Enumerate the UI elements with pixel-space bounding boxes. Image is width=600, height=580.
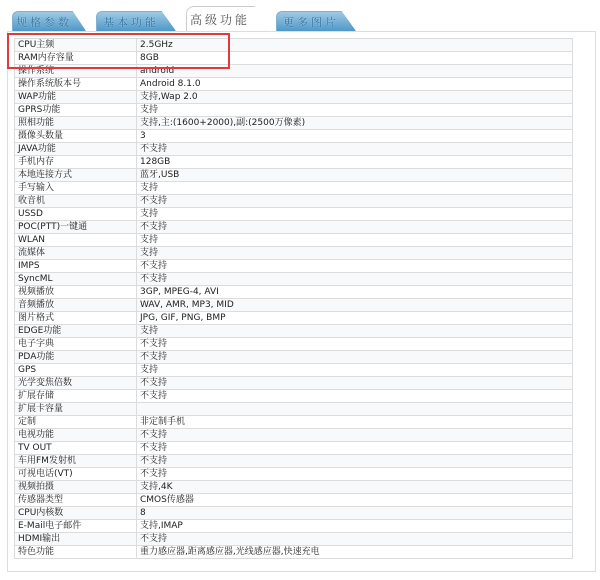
table-row: GPS支持 [15, 364, 573, 377]
tab-bar: 规格参数 基本功能 高级功能 更多图片 [0, 0, 600, 32]
spec-label: 可视电话(VT) [15, 468, 137, 481]
spec-label: GPRS功能 [15, 104, 137, 117]
spec-value: android [137, 65, 573, 78]
spec-value: JPG, GIF, PNG, BMP [137, 312, 573, 325]
table-row: TV OUT不支持 [15, 442, 573, 455]
spec-value: 不支持 [137, 195, 573, 208]
table-row: 图片格式JPG, GIF, PNG, BMP [15, 312, 573, 325]
spec-label: PDA功能 [15, 351, 137, 364]
table-row: 传感器类型CMOS传感器 [15, 494, 573, 507]
spec-label: 图片格式 [15, 312, 137, 325]
table-row: 手机内存128GB [15, 156, 573, 169]
table-row: 光学变焦倍数不支持 [15, 377, 573, 390]
spec-label: E-Mail电子邮件 [15, 520, 137, 533]
table-row: RAM内存容量8GB [15, 52, 573, 65]
spec-label: 车用FM发射机 [15, 455, 137, 468]
spec-value: 重力感应器,距离感应器,光线感应器,快速充电 [137, 546, 573, 559]
spec-label: RAM内存容量 [15, 52, 137, 65]
table-row: 操作系统版本号Android 8.1.0 [15, 78, 573, 91]
spec-value: 支持 [137, 104, 573, 117]
spec-value: 不支持 [137, 221, 573, 234]
spec-label: POC(PTT)一键通 [15, 221, 137, 234]
spec-value: 8GB [137, 52, 573, 65]
spec-value: 不支持 [137, 468, 573, 481]
spec-label: 定制 [15, 416, 137, 429]
tab-basic-functions[interactable]: 基本功能 [96, 11, 176, 31]
table-row: 视频播放3GP, MPEG-4, AVI [15, 286, 573, 299]
spec-label: CPU主频 [15, 39, 137, 52]
spec-label: 操作系统版本号 [15, 78, 137, 91]
table-row: 电子字典不支持 [15, 338, 573, 351]
table-row: WAP功能支持,Wap 2.0 [15, 91, 573, 104]
spec-value: 支持 [137, 325, 573, 338]
spec-value: 支持 [137, 234, 573, 247]
spec-label: 摄像头数量 [15, 130, 137, 143]
spec-value: 3 [137, 130, 573, 143]
spec-value: 支持 [137, 364, 573, 377]
spec-value: 支持 [137, 247, 573, 260]
table-row: 手写输入支持 [15, 182, 573, 195]
spec-value: 蓝牙,USB [137, 169, 573, 182]
table-row: POC(PTT)一键通不支持 [15, 221, 573, 234]
spec-label: EDGE功能 [15, 325, 137, 338]
spec-label: 收音机 [15, 195, 137, 208]
table-row: 车用FM发射机不支持 [15, 455, 573, 468]
table-row: 本地连接方式蓝牙,USB [15, 169, 573, 182]
spec-label: 扩展卡容量 [15, 403, 137, 416]
spec-value: 支持,IMAP [137, 520, 573, 533]
spec-label: WAP功能 [15, 91, 137, 104]
spec-value: 不支持 [137, 143, 573, 156]
table-row: CPU主频2.5GHz [15, 39, 573, 52]
spec-label: 电视功能 [15, 429, 137, 442]
spec-label: GPS [15, 364, 137, 377]
spec-label: 音频播放 [15, 299, 137, 312]
spec-value: 8 [137, 507, 573, 520]
spec-value: WAV, AMR, MP3, MID [137, 299, 573, 312]
spec-value [137, 403, 573, 416]
table-row: 摄像头数量3 [15, 130, 573, 143]
table-row: 定制非定制手机 [15, 416, 573, 429]
spec-label: 手机内存 [15, 156, 137, 169]
spec-label: 流媒体 [15, 247, 137, 260]
table-row: PDA功能不支持 [15, 351, 573, 364]
spec-value: CMOS传感器 [137, 494, 573, 507]
table-row: GPRS功能支持 [15, 104, 573, 117]
spec-value: 不支持 [137, 260, 573, 273]
spec-label: 扩展存储 [15, 390, 137, 403]
spec-value: 不支持 [137, 273, 573, 286]
table-row: 可视电话(VT)不支持 [15, 468, 573, 481]
table-row: 收音机不支持 [15, 195, 573, 208]
spec-label: SyncML [15, 273, 137, 286]
table-row: 扩展卡容量 [15, 403, 573, 416]
table-row: 操作系统android [15, 65, 573, 78]
table-row: SyncML不支持 [15, 273, 573, 286]
spec-table: CPU主频2.5GHzRAM内存容量8GB操作系统android操作系统版本号A… [14, 38, 573, 559]
table-row: 电视功能不支持 [15, 429, 573, 442]
spec-label: 手写输入 [15, 182, 137, 195]
spec-value: 支持,主:(1600+2000),副:(2500万像素) [137, 117, 573, 130]
tab-specs[interactable]: 规格参数 [12, 11, 86, 31]
spec-label: TV OUT [15, 442, 137, 455]
spec-value: 不支持 [137, 377, 573, 390]
spec-value: 2.5GHz [137, 39, 573, 52]
table-row: E-Mail电子邮件支持,IMAP [15, 520, 573, 533]
spec-value: 不支持 [137, 429, 573, 442]
spec-value: 3GP, MPEG-4, AVI [137, 286, 573, 299]
spec-label: HDMI输出 [15, 533, 137, 546]
spec-value: 不支持 [137, 390, 573, 403]
spec-value: 支持,Wap 2.0 [137, 91, 573, 104]
spec-label: 视频拍摄 [15, 481, 137, 494]
spec-value: Android 8.1.0 [137, 78, 573, 91]
table-row: CPU内核数8 [15, 507, 573, 520]
spec-label: 电子字典 [15, 338, 137, 351]
spec-value: 支持 [137, 208, 573, 221]
spec-value: 支持 [137, 182, 573, 195]
table-row: IMPS不支持 [15, 260, 573, 273]
tab-advanced-functions[interactable]: 高级功能 [186, 6, 266, 32]
spec-label: 光学变焦倍数 [15, 377, 137, 390]
table-row: 音频播放WAV, AMR, MP3, MID [15, 299, 573, 312]
spec-label: JAVA功能 [15, 143, 137, 156]
table-row: WLAN支持 [15, 234, 573, 247]
table-row: USSD支持 [15, 208, 573, 221]
table-row: EDGE功能支持 [15, 325, 573, 338]
spec-label: 传感器类型 [15, 494, 137, 507]
table-row: 特色功能重力感应器,距离感应器,光线感应器,快速充电 [15, 546, 573, 559]
table-row: HDMI输出不支持 [15, 533, 573, 546]
spec-value: 不支持 [137, 351, 573, 364]
spec-label: IMPS [15, 260, 137, 273]
spec-value: 支持,4K [137, 481, 573, 494]
spec-value: 非定制手机 [137, 416, 573, 429]
spec-value: 不支持 [137, 455, 573, 468]
spec-value: 不支持 [137, 338, 573, 351]
spec-label: 特色功能 [15, 546, 137, 559]
spec-label: 操作系统 [15, 65, 137, 78]
tab-more-images[interactable]: 更多图片 [276, 11, 356, 31]
table-row: 视频拍摄支持,4K [15, 481, 573, 494]
spec-value: 不支持 [137, 442, 573, 455]
table-row: JAVA功能不支持 [15, 143, 573, 156]
spec-value: 128GB [137, 156, 573, 169]
spec-label: 视频播放 [15, 286, 137, 299]
spec-value: 不支持 [137, 533, 573, 546]
spec-label: 本地连接方式 [15, 169, 137, 182]
spec-label: USSD [15, 208, 137, 221]
spec-label: 照相功能 [15, 117, 137, 130]
spec-label: CPU内核数 [15, 507, 137, 520]
table-row: 流媒体支持 [15, 247, 573, 260]
table-row: 扩展存储不支持 [15, 390, 573, 403]
table-row: 照相功能支持,主:(1600+2000),副:(2500万像素) [15, 117, 573, 130]
spec-label: WLAN [15, 234, 137, 247]
